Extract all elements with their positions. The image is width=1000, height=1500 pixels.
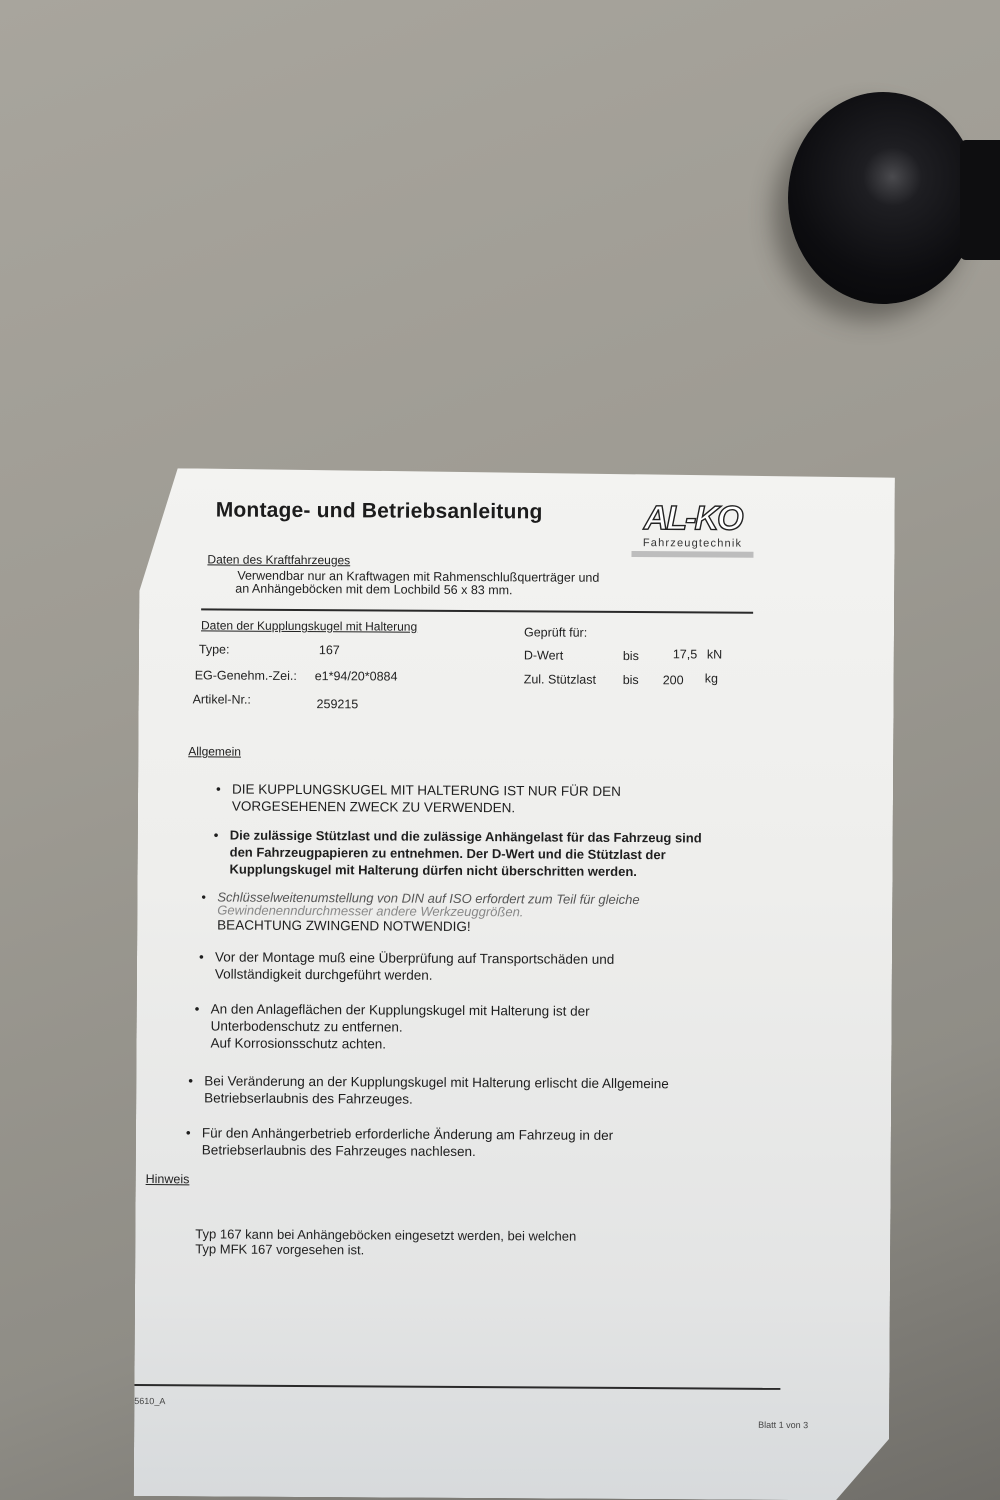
document-code: 555610_A bbox=[124, 1396, 165, 1406]
approval-value: e1*94/20*0884 bbox=[315, 669, 398, 684]
logo-mark: AL-KO bbox=[632, 501, 754, 536]
instruction-sheet: Montage- und Betriebsanleitung AL-KO Fah… bbox=[134, 468, 895, 1500]
bullet-line: BEACHTUNG ZWINGEND NOTWENDIG! bbox=[217, 918, 639, 934]
bullet-line: Betriebserlaubnis des Fahrzeuges nachles… bbox=[202, 1141, 613, 1161]
bullet-permit: Bei Veränderung an der Kupplungskugel mi… bbox=[204, 1072, 669, 1109]
support-load-label: Zul. Stützlast bbox=[524, 672, 596, 686]
type-label: Type: bbox=[199, 642, 230, 656]
footer-divider bbox=[122, 1384, 780, 1390]
bullet-intended-use: DIE KUPPLUNGSKUGEL MIT HALTERUNG IST NUR… bbox=[232, 781, 621, 817]
coupling-ball-object bbox=[788, 92, 978, 304]
bullet-line: Kupplungskugel mit Halterung dürfen nich… bbox=[229, 861, 701, 881]
alko-logo: AL-KO Fahrzeugtechnik bbox=[631, 501, 753, 558]
support-load-unit: kg bbox=[705, 671, 718, 685]
note-heading: Hinweis bbox=[146, 1172, 190, 1186]
logo-subtitle: Fahrzeugtechnik bbox=[632, 537, 754, 550]
dwert-op: bis bbox=[623, 649, 639, 663]
coupling-ball-stem bbox=[960, 140, 1000, 260]
general-heading: Allgemein bbox=[188, 744, 241, 758]
bullet-line: Auf Korrosionsschutz achten. bbox=[210, 1034, 589, 1053]
logo-bar bbox=[631, 551, 753, 558]
note-line: Typ MFK 167 vorgesehen ist. bbox=[195, 1241, 576, 1258]
bullet-inspection: Vor der Montage muß eine Überprüfung auf… bbox=[215, 948, 614, 984]
coupling-heading: Daten der Kupplungskugel mit Halterung bbox=[201, 618, 417, 633]
bullet-load-limits: Die zulässige Stützlast und die zulässig… bbox=[229, 827, 701, 881]
dwert-value: 17,5 bbox=[673, 647, 697, 661]
tested-heading: Geprüft für: bbox=[524, 625, 587, 639]
dwert-label: D-Wert bbox=[524, 648, 563, 662]
page-indicator: Blatt 1 von 3 bbox=[758, 1420, 808, 1430]
bullet-din-iso: Schlüsselweitenumstellung von DIN auf IS… bbox=[217, 890, 639, 934]
vehicle-heading: Daten des Kraftfahrzeuges bbox=[207, 552, 350, 567]
support-load-value: 200 bbox=[663, 673, 684, 687]
support-load-op: bis bbox=[623, 673, 639, 687]
vehicle-line-2: an Anhängeböcken mit dem Lochbild 56 x 8… bbox=[235, 582, 512, 598]
article-value: 259215 bbox=[317, 697, 359, 711]
bullet-underbody: An den Anlageflächen der Kupplungskugel … bbox=[210, 1000, 589, 1053]
bullet-line: Betriebserlaubnis des Fahrzeuges. bbox=[204, 1089, 669, 1109]
type-value: 167 bbox=[319, 643, 340, 657]
note-text: Typ 167 kann bei Anhängeböcken eingesetz… bbox=[195, 1226, 576, 1258]
bullet-line: Vollständigkeit durchgeführt werden. bbox=[215, 965, 614, 984]
document-title: Montage- und Betriebsanleitung bbox=[216, 498, 543, 524]
bullet-line: VORGESEHENEN ZWECK ZU VERWENDEN. bbox=[232, 798, 621, 817]
dwert-unit: kN bbox=[707, 647, 722, 661]
approval-label: EG-Genehm.-Zei.: bbox=[195, 668, 297, 683]
divider bbox=[201, 608, 753, 613]
article-label: Artikel-Nr.: bbox=[193, 692, 251, 706]
bullet-trailer-operation: Für den Anhängerbetrieb erforderliche Än… bbox=[202, 1124, 613, 1161]
